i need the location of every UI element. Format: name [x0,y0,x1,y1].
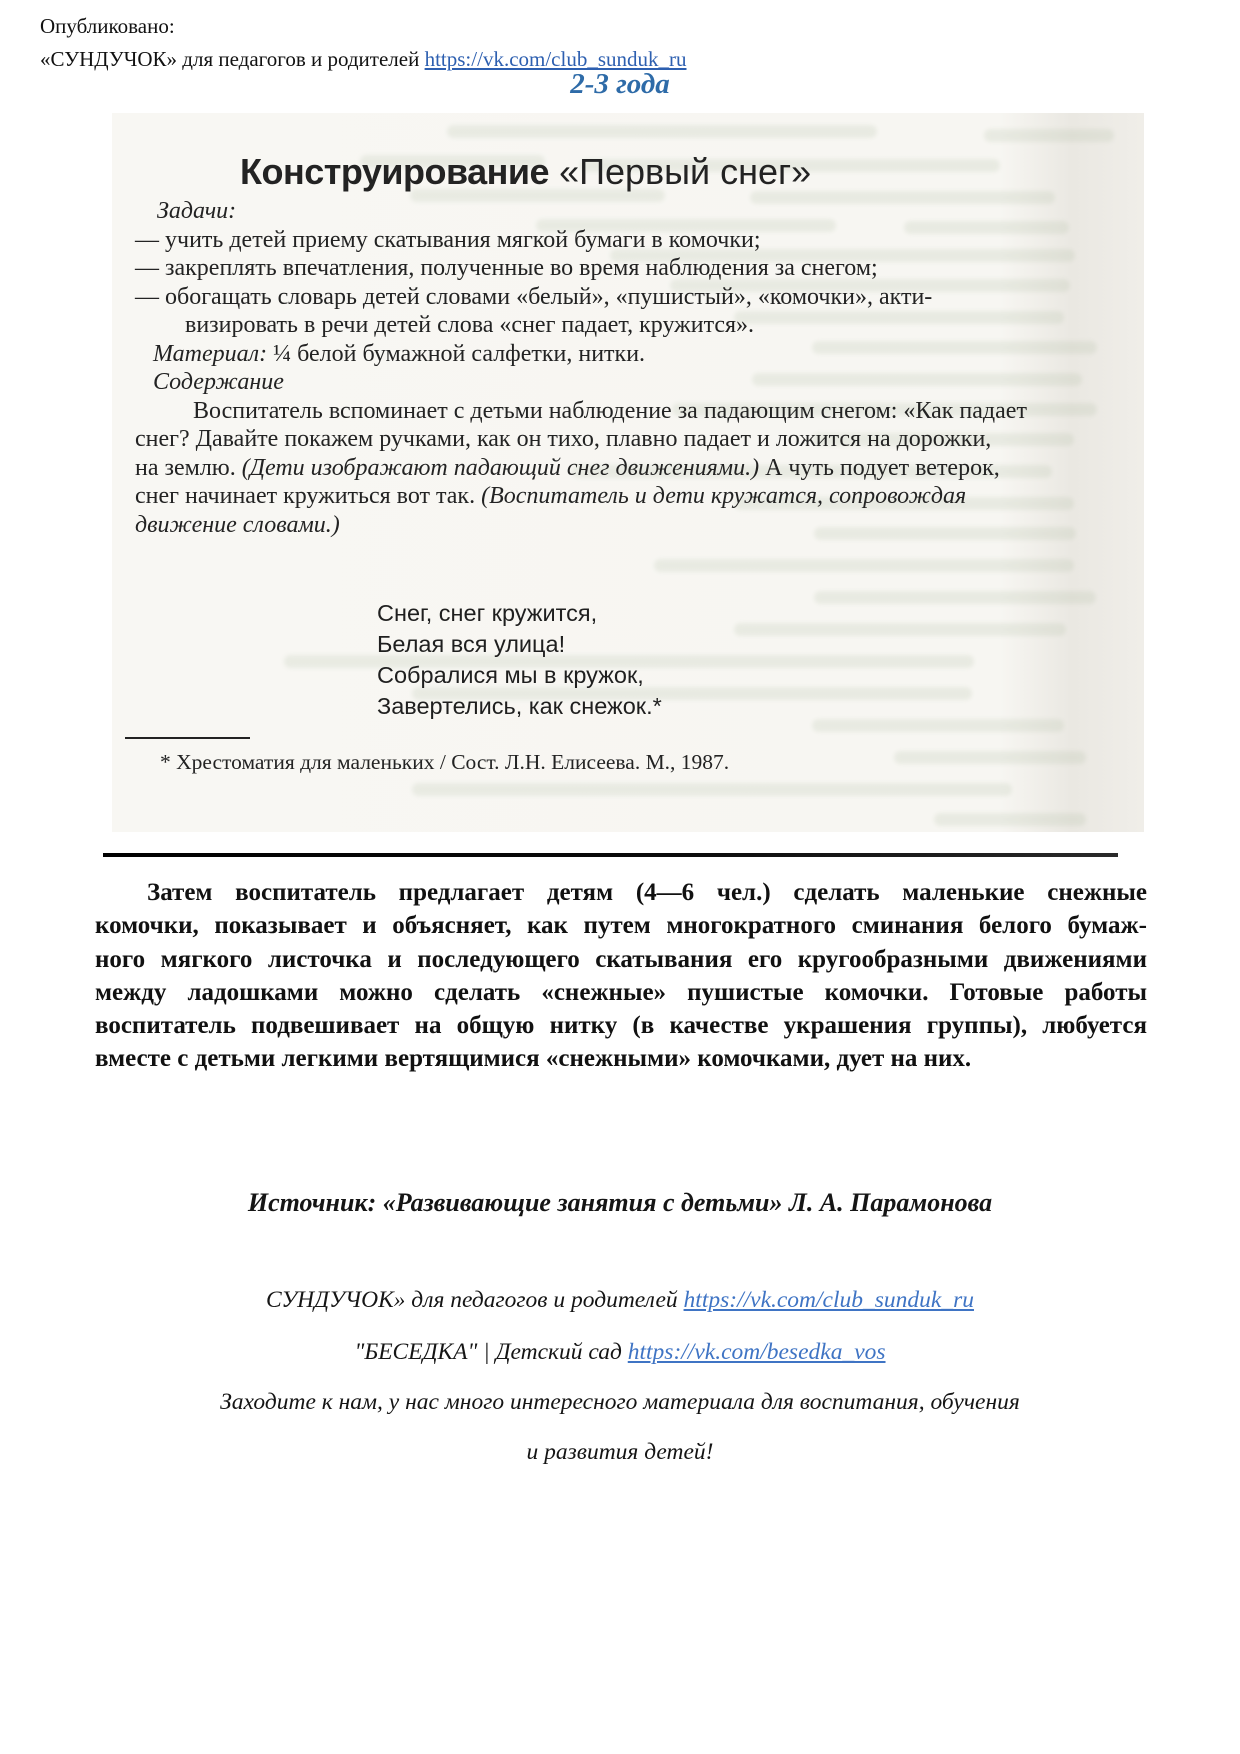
poem-line: Завертелись, как снежок.* [377,691,662,722]
poem-line: Снег, снег кружится, [377,598,662,629]
paragraph-line: воспитатель подвешивает на общую нитку (… [95,1009,1147,1042]
content-text: А чуть подует ветерок, [759,455,1000,481]
material-line: Материал: ¼ белой бумажной салфетки, нит… [135,340,1135,369]
bleed-through-smudge [812,719,1064,732]
sunduk-link[interactable]: https://vk.com/club_sunduk_ru [684,1287,974,1313]
scanned-page-region: Конструирование «Первый снег» Задачи: — … [112,113,1144,832]
besedka-link[interactable]: https://vk.com/besedka_vos [628,1339,886,1365]
task-item-continuation: визировать в речи детей слова «снег пада… [135,311,1135,340]
content-text: снег? Давайте покажем ручками, как он ти… [135,426,991,452]
bleed-through-smudge [734,623,1066,636]
besedka-prefix: "БЕСЕДКА" | Детский сад [354,1339,627,1365]
invite-line-2: и развития детей! [0,1439,1240,1466]
bleed-through-smudge [412,783,1012,796]
bleed-through-smudge [984,129,1114,142]
poem-line: Собралися мы в кружок, [377,660,662,691]
sunduk-line: СУНДУЧОК» для педагогов и родителей http… [0,1287,1240,1314]
footnote-rule [125,737,250,739]
published-label: Опубликовано: [40,10,687,43]
tasks-heading: Задачи: [135,197,1135,226]
age-group-heading: 2-3 года [0,68,1240,101]
invite-line-1: Заходите к нам, у нас много интересного … [0,1389,1240,1416]
material-label: Материал: [153,341,267,367]
footnote-text: * Хрестоматия для маленьких / Сост. Л.Н.… [160,750,729,775]
lesson-title: Конструирование «Первый снег» [240,151,811,193]
sunduk-prefix: СУНДУЧОК» для педагогов и родителей [266,1287,684,1313]
task-item: — обогащать словарь детей словами «белый… [135,283,1135,312]
paragraph-line: между ладошками можно сделать «снежные» … [95,976,1147,1009]
content-heading: Содержание [135,368,1135,397]
content-line: движение словами.) [135,511,1135,540]
paragraph-line: Затем воспитатель предлагает детям (4—6 … [95,876,1147,909]
paragraph-line: вместе с детьми легкими вертящимися «сне… [95,1042,1147,1075]
poem-line: Белая вся улица! [377,629,662,660]
content-line: Воспитатель вспоминает с детьми наблюден… [135,397,1135,426]
publication-header: Опубликовано: «СУНДУЧОК» для педагогов и… [40,10,687,76]
bleed-through-smudge [894,751,1086,764]
lesson-name-label: «Первый снег» [549,151,811,192]
source-line: Источник: «Развивающие занятия с детьми»… [0,1188,1240,1218]
paragraph-line: комочки, показывает и объясняет, как пут… [95,909,1147,942]
poem-block: Снег, снег кружится, Белая вся улица! Со… [377,598,662,722]
continuation-paragraph: Затем воспитатель предлагает детям (4—6 … [95,876,1147,1076]
paragraph-line: ного мягкого листочка и последующего ска… [95,943,1147,976]
content-text: снег начинает кружиться вот так. [135,483,481,509]
content-line: снег? Давайте покажем ручками, как он ти… [135,425,1135,454]
content-line: снег начинает кружиться вот так. (Воспит… [135,482,1135,511]
document-page: { "header": { "published_label": "Опубли… [0,0,1240,1754]
bleed-through-smudge [934,813,1086,826]
content-text: на землю. [135,455,242,481]
besedka-line: "БЕСЕДКА" | Детский сад https://vk.com/b… [0,1339,1240,1366]
bleed-through-smudge [654,559,1074,572]
stage-direction: (Дети изображают падающий снег движениям… [242,455,759,481]
stage-direction: движение словами.) [135,512,340,538]
lesson-text: Задачи: — учить детей приему скатывания … [135,197,1135,539]
task-item: — учить детей приему скатывания мягкой б… [135,226,1135,255]
section-divider [103,853,1118,857]
bleed-through-smudge [814,591,1096,604]
bleed-through-smudge [447,125,877,138]
material-text: ¼ белой бумажной салфетки, нитки. [267,341,645,367]
lesson-type-label: Конструирование [240,151,549,192]
task-item: — закреплять впечатления, полученные во … [135,254,1135,283]
content-text: Воспитатель вспоминает с детьми наблюден… [193,398,1027,424]
stage-direction: (Воспитатель и дети кружатся, сопровожда… [481,483,966,509]
content-line: на землю. (Дети изображают падающий снег… [135,454,1135,483]
